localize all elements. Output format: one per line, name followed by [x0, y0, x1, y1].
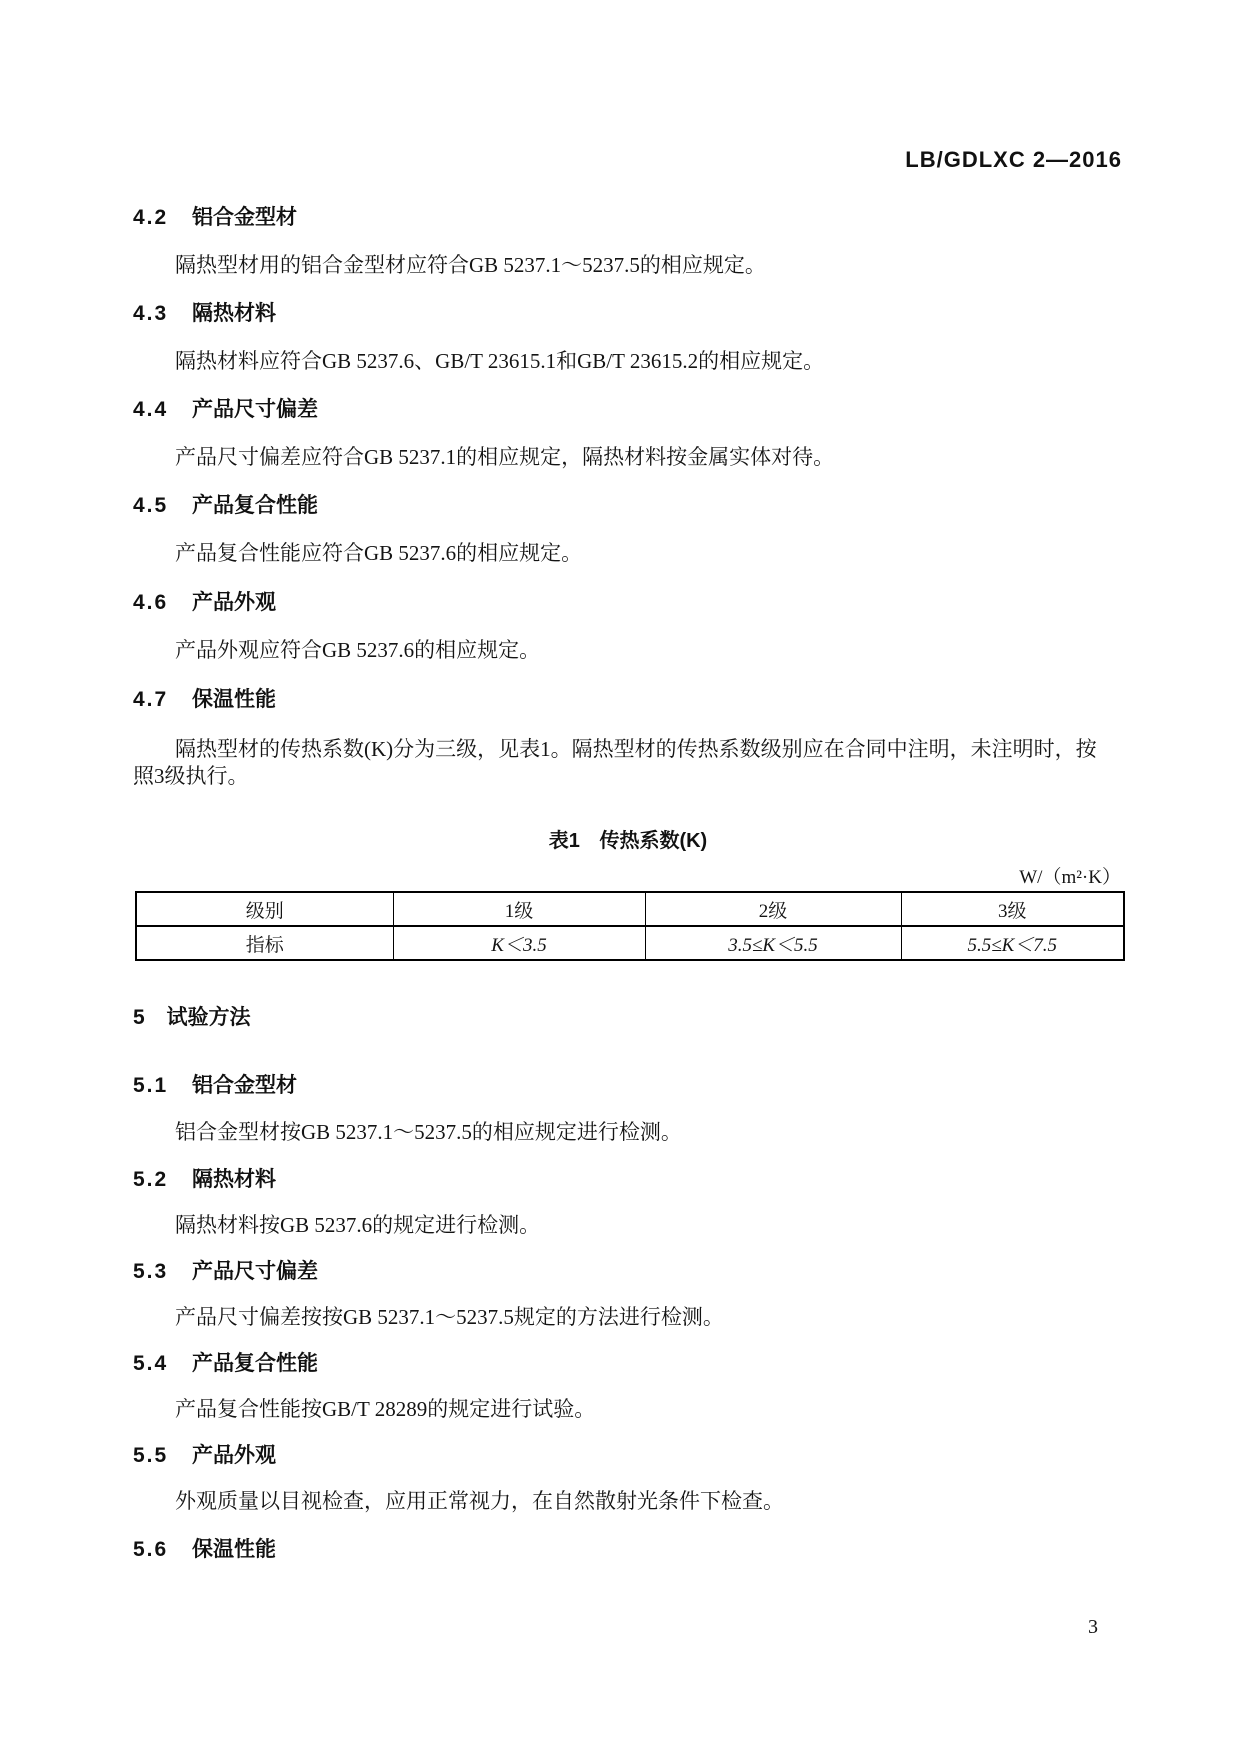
section-number: 4.4 [133, 398, 168, 421]
table1-heat-transfer-coefficient: 级别 1级 2级 3级 指标 K＜3.5 3.5≤K＜5.5 5.5≤K＜7.5 [135, 891, 1125, 961]
chapter-heading-5: 5 试验方法 [133, 1004, 1123, 1031]
section-heading-4-6: 4.6 产品外观 [133, 589, 1123, 616]
table-header-cell: 2级 [645, 892, 901, 926]
section-number: 4.6 [133, 591, 168, 614]
table-row: 级别 1级 2级 3级 [136, 892, 1124, 926]
table-cell: 5.5≤K＜7.5 [901, 926, 1124, 960]
section-body-5-2: 隔热材料按GB 5237.6的规定进行检测。 [133, 1212, 1123, 1239]
table-header-cell: 3级 [901, 892, 1124, 926]
table-row: 指标 K＜3.5 3.5≤K＜5.5 5.5≤K＜7.5 [136, 926, 1124, 960]
table1-caption-label: 表1 [549, 830, 580, 852]
section-heading-4-4: 4.4 产品尺寸偏差 [133, 396, 1123, 423]
section-title: 铝合金型材 [192, 206, 297, 229]
section-body-5-3: 产品尺寸偏差按按GB 5237.1～5237.5规定的方法进行检测。 [133, 1304, 1123, 1331]
table1-caption: 表1 传热系数(K) [133, 824, 1123, 853]
section-body-5-1: 铝合金型材按GB 5237.1～5237.5的相应规定进行检测。 [133, 1119, 1123, 1146]
section-number: 4.7 [133, 688, 168, 711]
document-page: LB/GDLXC 2—2016 4.2 铝合金型材 隔热型材用的铝合金型材应符合… [0, 0, 1240, 1754]
section-heading-4-2: 4.2 铝合金型材 [133, 204, 1123, 231]
section-number: 5.1 [133, 1074, 168, 1097]
section-body-4-7: 隔热型材的传热系数(K)分为三级，见表1。隔热型材的传热系数级别应在合同中注明，… [133, 736, 1105, 790]
section-heading-5-5: 5.5 产品外观 [133, 1442, 1123, 1469]
section-number: 5.3 [133, 1260, 168, 1283]
section-number: 4.5 [133, 494, 168, 517]
section-number: 5.2 [133, 1168, 168, 1191]
section-heading-4-5: 4.5 产品复合性能 [133, 492, 1123, 519]
section-title: 隔热材料 [192, 1168, 276, 1191]
section-title: 铝合金型材 [192, 1074, 297, 1097]
table-cell: 指标 [136, 926, 393, 960]
section-title: 产品尺寸偏差 [192, 398, 318, 421]
section-body-4-5: 产品复合性能应符合GB 5237.6的相应规定。 [133, 540, 1123, 567]
section-title: 产品复合性能 [192, 1352, 318, 1375]
section-title: 产品复合性能 [192, 494, 318, 517]
section-body-4-2: 隔热型材用的铝合金型材应符合GB 5237.1～5237.5的相应规定。 [133, 252, 1123, 279]
section-heading-5-1: 5.1 铝合金型材 [133, 1072, 1123, 1099]
section-heading-5-3: 5.3 产品尺寸偏差 [133, 1258, 1123, 1285]
section-number: 4.2 [133, 206, 168, 229]
table1-caption-title: 传热系数(K) [599, 830, 707, 852]
section-number: 5.4 [133, 1352, 168, 1375]
table-header-cell: 级别 [136, 892, 393, 926]
page-number: 3 [1088, 1616, 1098, 1639]
section-title: 保温性能 [192, 688, 276, 711]
section-title: 保温性能 [192, 1538, 276, 1561]
section-body-5-5: 外观质量以目视检查，应用正常视力，在自然散射光条件下检查。 [133, 1488, 1123, 1515]
section-body-4-6: 产品外观应符合GB 5237.6的相应规定。 [133, 637, 1123, 664]
table-header-cell: 1级 [393, 892, 645, 926]
section-heading-4-3: 4.3 隔热材料 [133, 300, 1123, 327]
section-title: 试验方法 [167, 1006, 251, 1029]
section-body-4-4: 产品尺寸偏差应符合GB 5237.1的相应规定，隔热材料按金属实体对待。 [133, 444, 1123, 471]
section-number: 5 [133, 1006, 147, 1029]
doc-code-header: LB/GDLXC 2—2016 [905, 147, 1122, 173]
section-number: 5.5 [133, 1444, 168, 1467]
table-cell: 3.5≤K＜5.5 [645, 926, 901, 960]
section-title: 产品外观 [192, 591, 276, 614]
section-body-5-4: 产品复合性能按GB/T 28289的规定进行试验。 [133, 1396, 1123, 1423]
section-heading-4-7: 4.7 保温性能 [133, 686, 1123, 713]
section-number: 4.3 [133, 302, 168, 325]
section-heading-5-6: 5.6 保温性能 [133, 1536, 1123, 1563]
section-body-4-3: 隔热材料应符合GB 5237.6、GB/T 23615.1和GB/T 23615… [133, 348, 1123, 375]
section-heading-5-2: 5.2 隔热材料 [133, 1166, 1123, 1193]
section-number: 5.6 [133, 1538, 168, 1561]
section-title: 产品尺寸偏差 [192, 1260, 318, 1283]
section-heading-5-4: 5.4 产品复合性能 [133, 1350, 1123, 1377]
section-title: 产品外观 [192, 1444, 276, 1467]
table-cell: K＜3.5 [393, 926, 645, 960]
table1-unit: W/（m²·K） [133, 862, 1121, 889]
section-title: 隔热材料 [192, 302, 276, 325]
